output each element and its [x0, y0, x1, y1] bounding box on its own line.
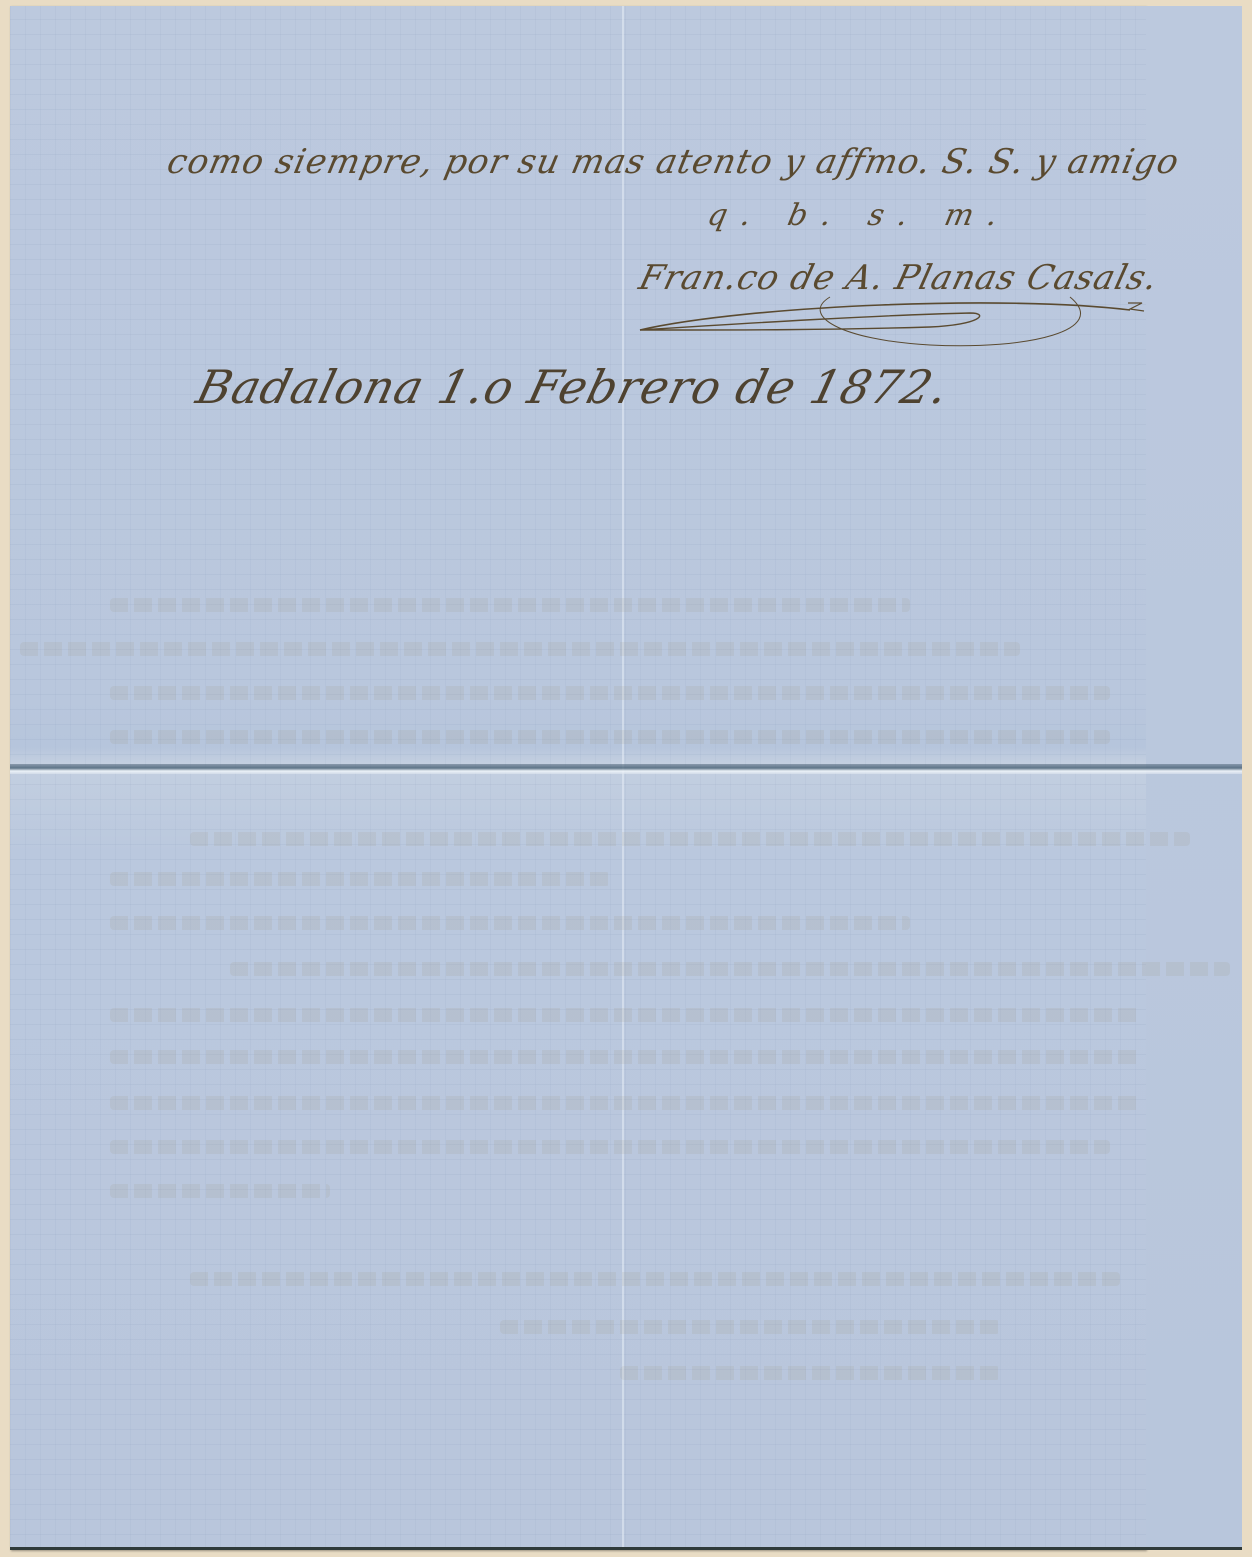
bleed-through-line	[110, 686, 1110, 700]
horizontal-fold-crease	[10, 764, 1242, 774]
place-and-date: Badalona 1.o Febrero de 1872.	[191, 360, 954, 414]
signature-flourish-icon	[630, 285, 1150, 355]
bleed-through-line	[190, 1272, 1120, 1286]
paper-bottom-edge	[10, 1547, 1242, 1550]
bleed-through-line	[110, 1140, 1110, 1154]
bleed-through-line	[230, 962, 1230, 976]
bleed-through-line	[110, 872, 610, 886]
vertical-fold-line	[622, 6, 624, 1550]
bleed-through-line	[110, 598, 910, 612]
letter-paper	[10, 6, 1146, 1550]
bleed-through-line	[620, 1366, 1000, 1380]
bleed-through-line	[110, 1008, 1140, 1022]
bleed-through-line	[190, 832, 1190, 846]
bleed-through-line	[500, 1320, 1000, 1334]
letter-paper-right-margin	[1146, 6, 1242, 1550]
bleed-through-line	[20, 642, 1020, 656]
bleed-through-line	[110, 916, 910, 930]
bleed-through-line	[110, 1050, 1140, 1064]
bleed-through-line	[110, 1184, 330, 1198]
bleed-through-line	[110, 1096, 1140, 1110]
courtesy-formula: q. b. s. m.	[704, 198, 1014, 233]
bleed-through-line	[110, 730, 1110, 744]
closing-phrase: como siempre, por su mas atento y affmo.…	[164, 142, 1183, 182]
